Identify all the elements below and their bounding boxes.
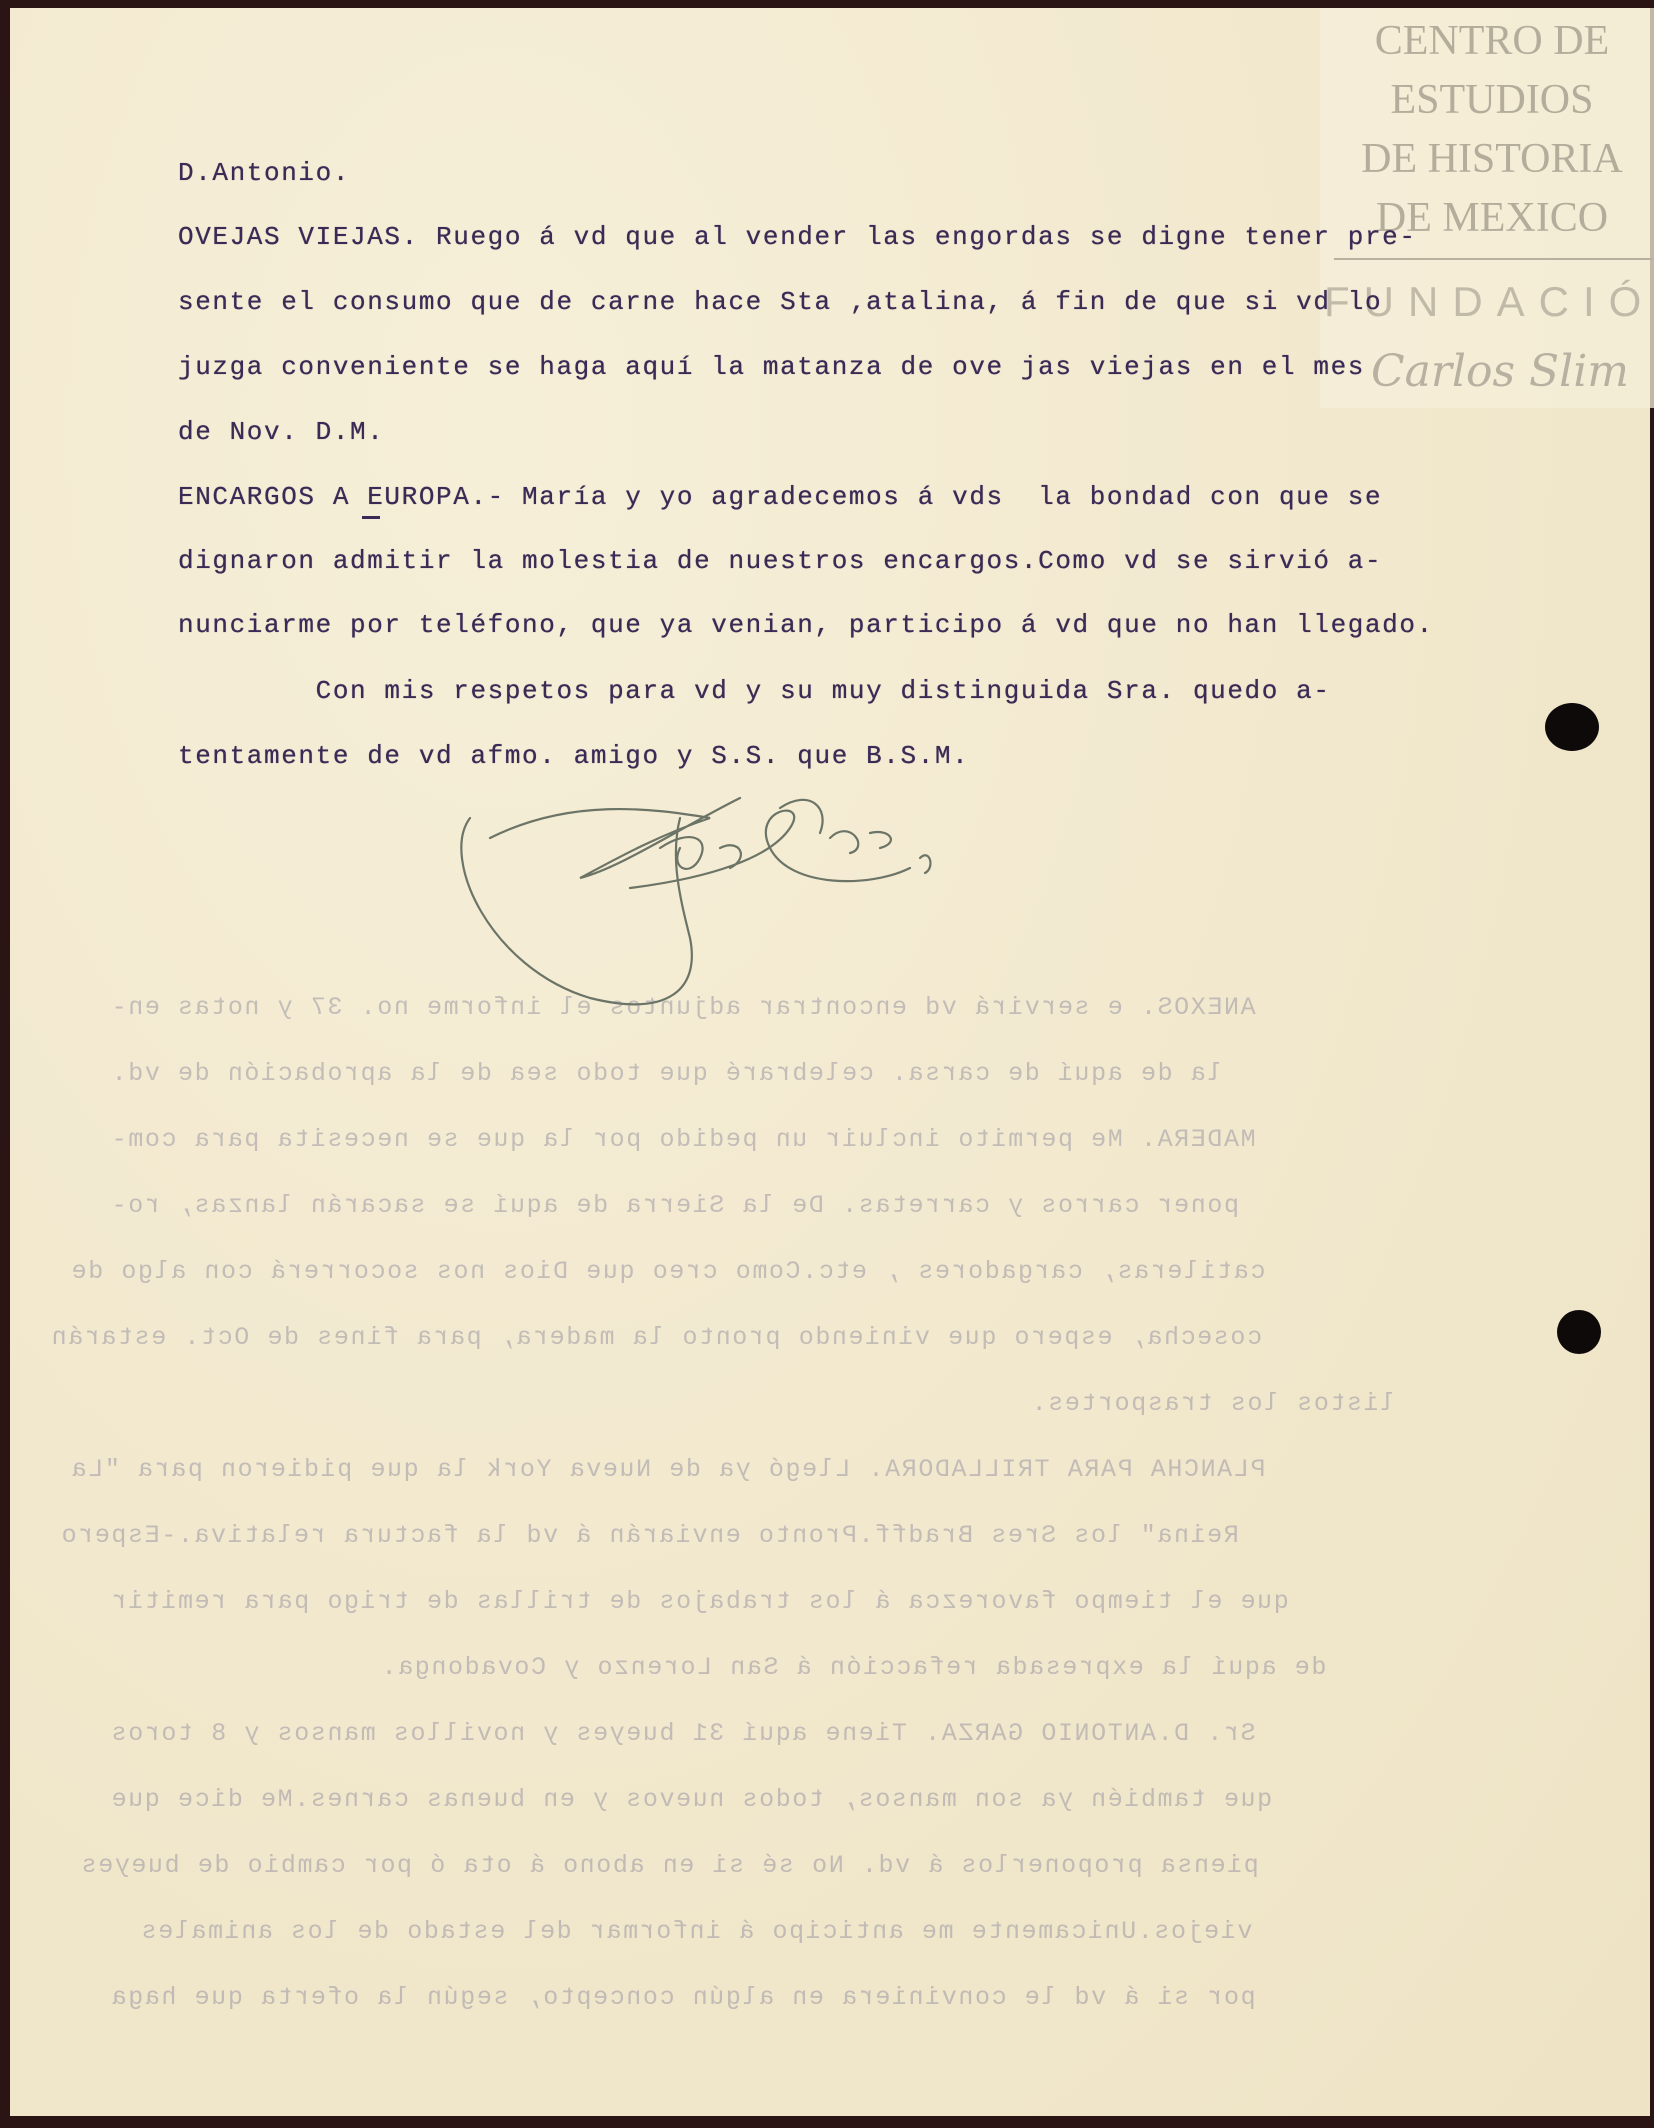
letter-line: dignaron admitir la molestia de nuestros…: [178, 546, 1382, 576]
letter-line: de Nov. D.M.: [178, 417, 384, 447]
bleed-through-line: viejos.Unicamente me anticipo á informar…: [140, 1917, 1252, 1946]
letter-line: OVEJAS VIEJAS. Ruego á vd que al vender …: [178, 222, 1417, 252]
punch-hole: [1557, 1310, 1601, 1354]
letter-line: ENCARGOS A EUROPA.- María y yo agradecem…: [178, 482, 1382, 512]
letter-line: juzga conveniente se haga aquí la matanz…: [178, 352, 1365, 382]
letter-page: ANEXOS. e servirá vd encontrar adjuntos …: [10, 8, 1650, 2116]
bleed-through-line: cosecha, espero que viniendo pronto la m…: [50, 1323, 1262, 1352]
watermark-line: ESTUDIOS: [1320, 71, 1654, 130]
bleed-through-line: la de aquí de carsa. celebraré que todo …: [110, 1059, 1222, 1088]
bleed-through-line: listos los trasportes.: [1030, 1389, 1395, 1418]
watermark-line: DE HISTORIA: [1320, 130, 1654, 189]
signature: [450, 778, 1310, 1038]
watermark-divider: [1334, 258, 1654, 260]
watermark-name: Carlos Slim: [1340, 346, 1654, 397]
letter-line: tentamente de vd afmo. amigo y S.S. que …: [178, 741, 969, 771]
bleed-through-line: que también ya son mansos, todos nuevos …: [110, 1785, 1272, 1814]
bleed-through-line: que el tiempo favorezca á los trabajos d…: [110, 1587, 1289, 1616]
bleed-through-line: MADERA. Me permito incluir un pedido por…: [110, 1125, 1256, 1154]
bleed-through-line: PLANCHA PARA TRILLADORA. Llegó ya de Nue…: [70, 1455, 1265, 1484]
bleed-through-line: piensa proponerlos á vd. No sé si en abo…: [80, 1851, 1259, 1880]
bleed-through-line: Reina" los Sres Bradff.Pronto enviarán á…: [60, 1521, 1239, 1550]
punch-hole: [1545, 703, 1599, 751]
underline-mark: [362, 516, 380, 519]
watermark: CENTRO DE ESTUDIOS DE HISTORIA DE MEXICO…: [1320, 8, 1654, 408]
bleed-through-line: poner carros y carretas. De la Sierra de…: [110, 1191, 1239, 1220]
letter-line: Con mis respetos para vd y su muy distin…: [178, 676, 1331, 706]
bleed-through-line: Sr. D.ANTONIO GARZA. Tiene aquí 31 bueye…: [110, 1719, 1256, 1748]
letter-line: nunciarme por teléfono, que ya venian, p…: [178, 610, 1434, 640]
bleed-through-line: catileras, cargadores , etc.Como creo qu…: [70, 1257, 1265, 1286]
watermark-line: CENTRO DE: [1320, 12, 1654, 71]
bleed-through-line: de aquí la expresada refacción á San Lor…: [380, 1653, 1326, 1682]
letter-line: sente el consumo que de carne hace Sta ‚…: [178, 287, 1382, 317]
salutation: D.Antonio.: [178, 158, 350, 188]
bleed-through-line: por si á vd le conviniera en algún conce…: [110, 1983, 1256, 2012]
